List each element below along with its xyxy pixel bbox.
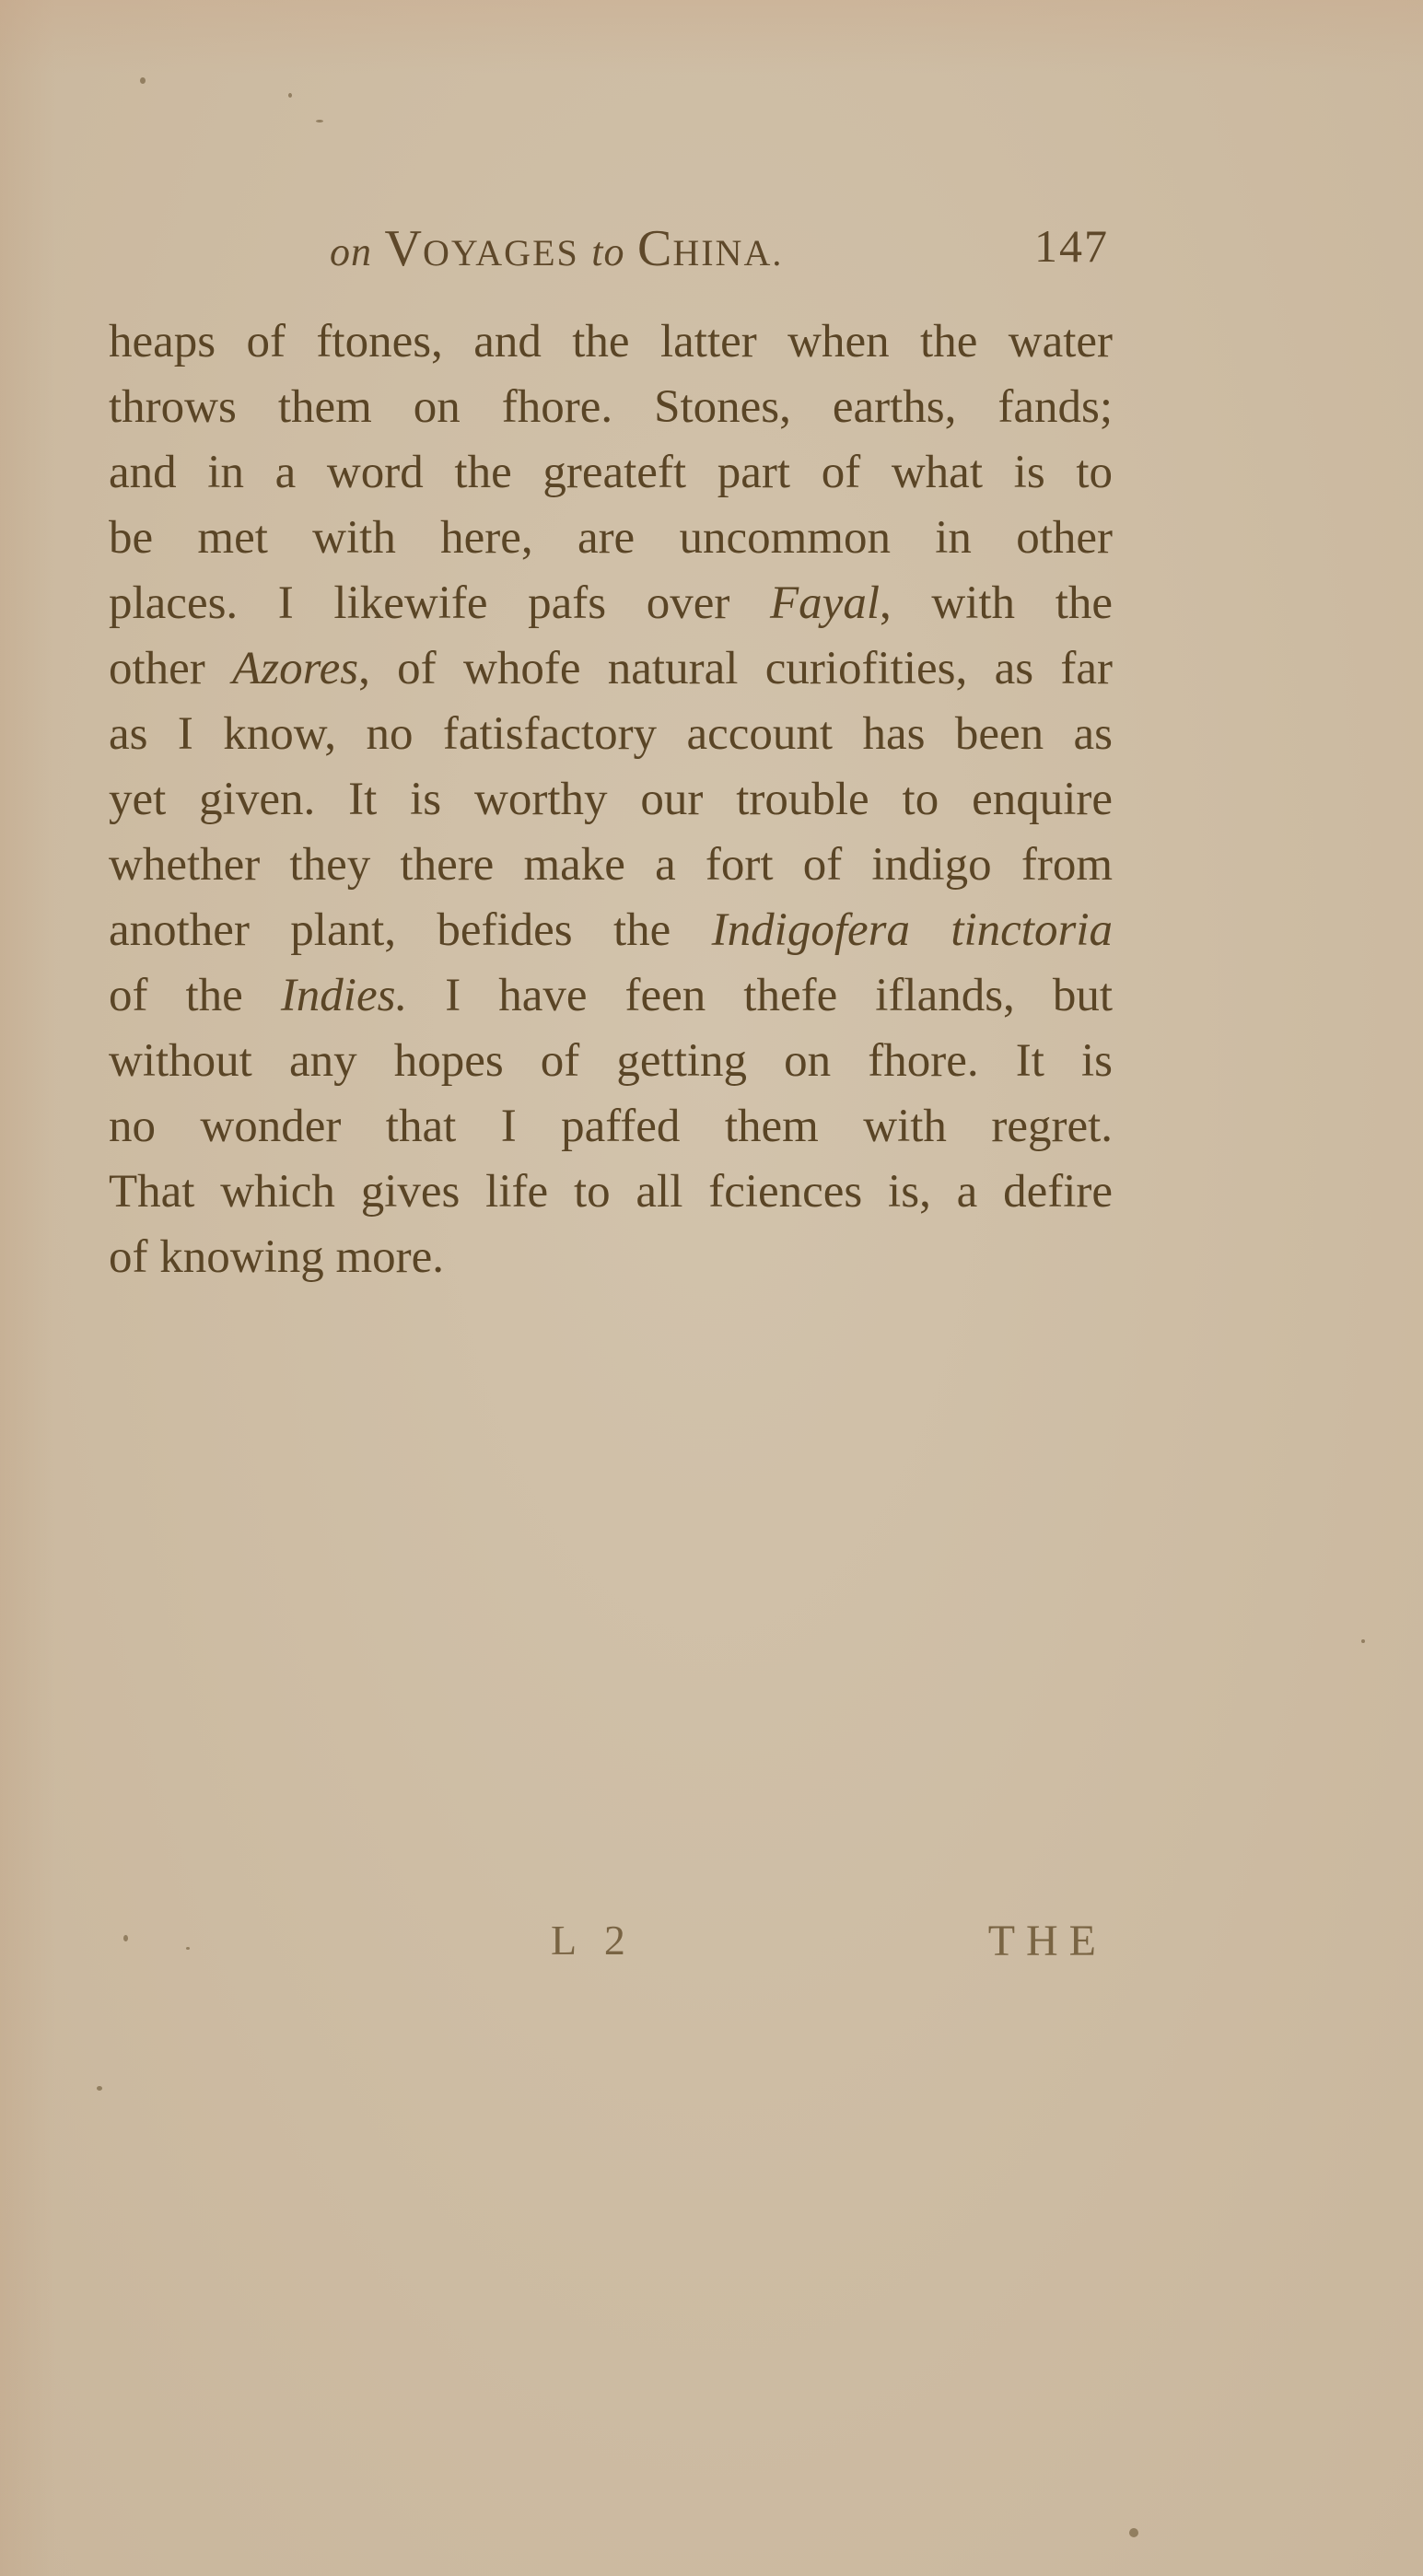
page-footer: L 2 THE [109, 1916, 1113, 1980]
page-number: 147 [1034, 219, 1109, 273]
text-run: whether they there make a fort of indigo… [109, 839, 1113, 891]
text-line: of the Indies. I have feen thefe iflands… [109, 963, 1113, 1029]
text-line: of knowing more. [109, 1225, 1113, 1290]
paper-edge-shading-top [0, 0, 1423, 74]
text-line: yet given. It is worthy our trouble to e… [109, 767, 1113, 833]
running-title: on VOYAGES to CHINA. [330, 219, 783, 278]
text-line: as I know, no fatisfactory account has b… [109, 702, 1113, 767]
text-run: other [109, 643, 232, 694]
running-title-word2-initial: C [637, 220, 672, 277]
body-text: heaps of ftones, and the latter when the… [109, 309, 1113, 1290]
running-head: on VOYAGES to CHINA. 147 [109, 219, 1113, 274]
text-line: without any hopes of getting on fhore. I… [109, 1029, 1113, 1094]
italic-text: Fayal [770, 577, 880, 629]
text-line: be met with here, are uncommon in other [109, 506, 1113, 571]
text-run: , with the [880, 577, 1113, 629]
text-line: places. I likewife pafs over Fayal, with… [109, 571, 1113, 636]
text-run: That which gives life to all fciences is… [109, 1166, 1113, 1218]
text-run: of the [109, 970, 281, 1021]
text-run: heaps of ftones, and the latter when the… [109, 316, 1113, 367]
paper-speck [140, 77, 146, 84]
text-line: other Azores, of whofe natural curiofiti… [109, 636, 1113, 702]
text-run: yet given. It is worthy our trouble to e… [109, 774, 1113, 825]
running-title-prefix: on [330, 229, 372, 274]
text-line: whether they there make a fort of indigo… [109, 833, 1113, 898]
text-run: another plant, befides the [109, 904, 712, 956]
paper-speck [1129, 2528, 1138, 2537]
text-run: , of whofe natural curiofities, as far [358, 643, 1113, 694]
text-line: heaps of ftones, and the latter when the… [109, 309, 1113, 375]
text-run: as I know, no fatisfactory account has b… [109, 708, 1113, 760]
text-run: I have feen thefe iflands, but [407, 970, 1113, 1021]
text-run: places. I likewife pafs over [109, 577, 770, 629]
paper-speck [288, 93, 292, 98]
text-run: be met with here, are uncommon in other [109, 512, 1113, 564]
text-line: and in a word the greateft part of what … [109, 440, 1113, 506]
text-line: no wonder that I paffed them with regret… [109, 1094, 1113, 1160]
paper-speck [97, 2086, 102, 2091]
running-title-word2-rest: HINA. [672, 232, 783, 274]
italic-text: Indies. [281, 970, 407, 1021]
running-title-word1-rest: OYAGES [423, 232, 579, 274]
paper-speck [1361, 1639, 1365, 1643]
catchword: THE [988, 1916, 1107, 1966]
paper-edge-shading-left [0, 0, 55, 2576]
text-line: That which gives life to all fciences is… [109, 1160, 1113, 1225]
text-run: and in a word the greateft part of what … [109, 447, 1113, 498]
italic-text: Indigofera tinctoria [712, 904, 1113, 956]
text-run: of knowing more. [109, 1231, 444, 1283]
text-run: throws them on fhore. Stones, earths, fa… [109, 381, 1113, 433]
italic-text: Azores [232, 643, 358, 694]
text-run: without any hopes of getting on fhore. I… [109, 1035, 1113, 1087]
paper-speck [316, 120, 323, 122]
running-title-word1-initial: V [385, 220, 423, 277]
running-title-connector: to [591, 229, 624, 274]
signature-mark: L 2 [551, 1916, 635, 1964]
text-line: another plant, befides the Indigofera ti… [109, 898, 1113, 963]
text-line: throws them on fhore. Stones, earths, fa… [109, 375, 1113, 440]
text-run: no wonder that I paffed them with regret… [109, 1101, 1113, 1152]
